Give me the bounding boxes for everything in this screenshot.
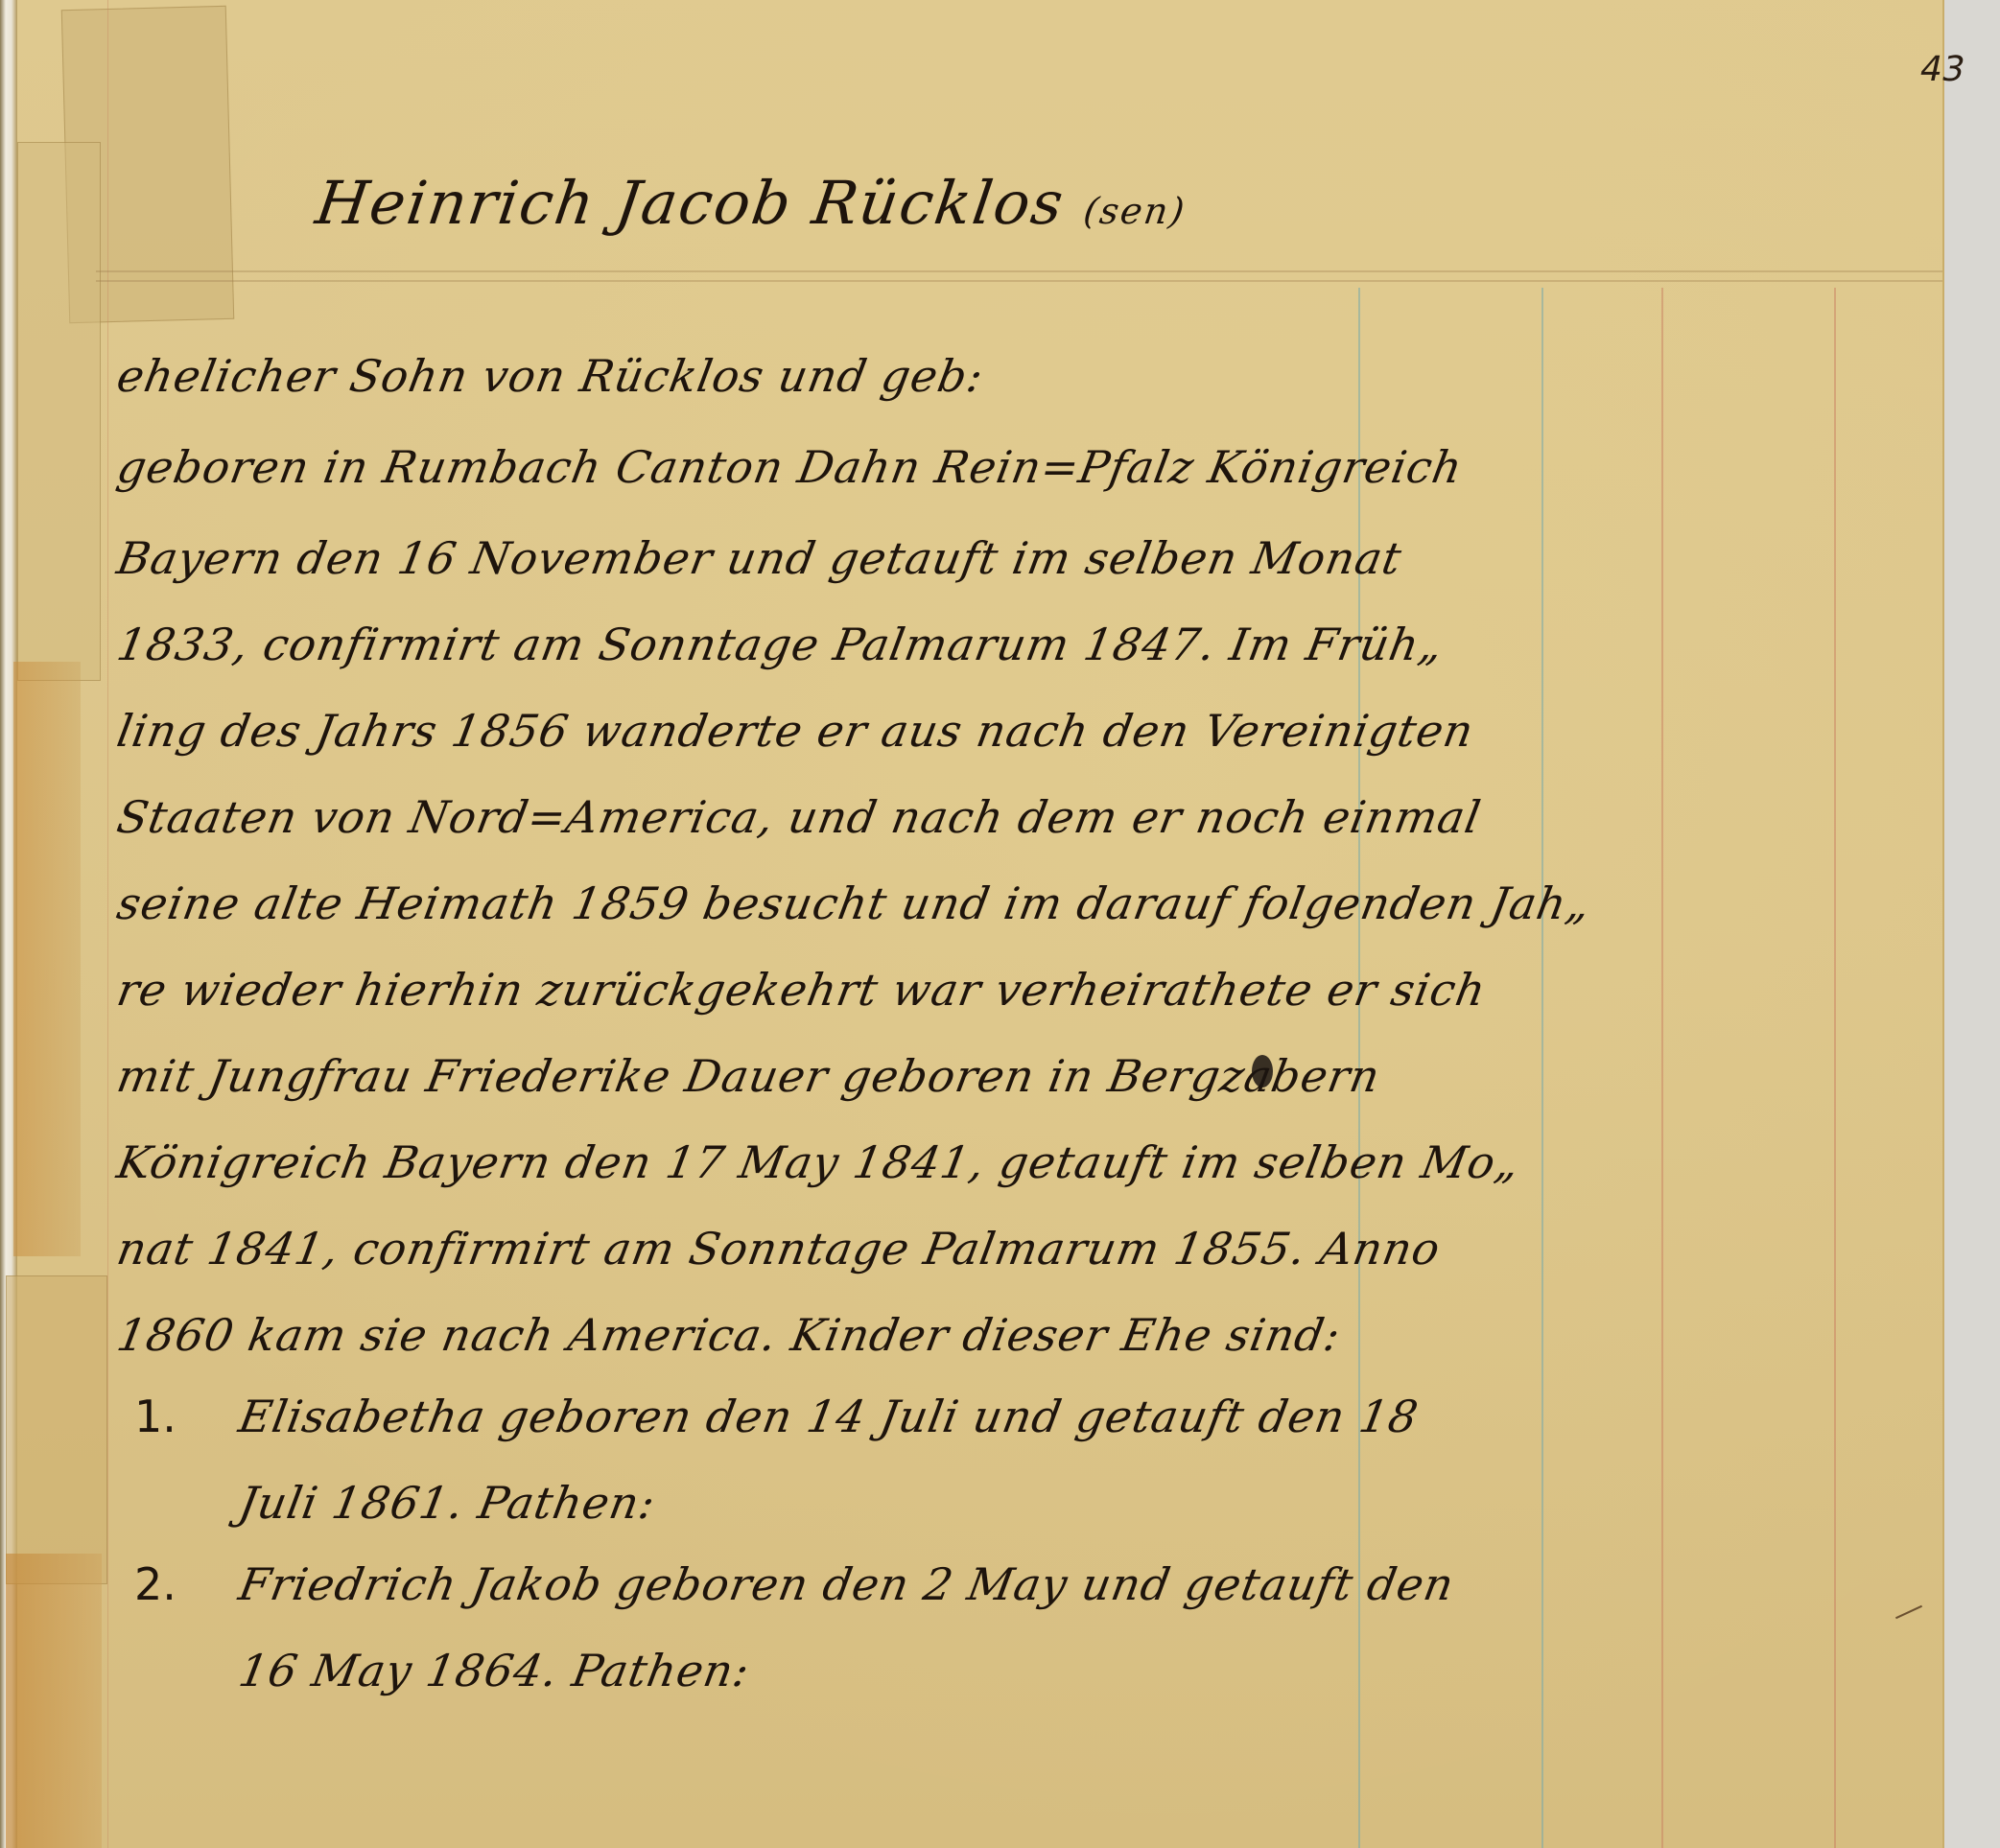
person-name: Heinrich Jacob Rücklos — [312, 168, 1070, 238]
page-number: 43 — [1917, 50, 1969, 89]
header-rule — [96, 280, 1942, 282]
margin-rule — [107, 0, 108, 1848]
body-line: 1833, confirmirt am Sonntage Palmarum 18… — [113, 619, 1447, 670]
tape-stain — [6, 1554, 102, 1848]
record-title: Heinrich Jacob Rücklos (sen) — [312, 168, 1192, 238]
body-line: 1860 kam sie nach America. Kinder dieser… — [113, 1309, 1345, 1361]
stray-pen-mark — [1895, 1605, 1922, 1619]
header-rule — [96, 270, 1942, 272]
body-line: seine alte Heimath 1859 besucht und im d… — [113, 877, 1595, 929]
body-line: Königreich Bayern den 17 May 1841, getau… — [113, 1136, 1524, 1188]
child-number: 2. — [134, 1558, 176, 1610]
name-suffix: (sen) — [1081, 190, 1188, 232]
body-line: Staaten von Nord=America, und nach dem e… — [113, 791, 1485, 843]
body-line: ling des Jahrs 1856 wanderte er aus nach… — [113, 705, 1478, 757]
child-number: 1. — [134, 1391, 176, 1442]
document-page: 43 Heinrich Jacob Rücklos (sen) eheliche… — [0, 0, 1944, 1848]
body-line: re wieder hierhin zurückgekehrt war verh… — [113, 964, 1490, 1016]
child-entry-line: 16 May 1864. Pathen: — [235, 1645, 754, 1696]
body-line: mit Jungfrau Friederike Dauer geboren in… — [113, 1050, 1384, 1102]
child-entry-line: Elisabetha geboren den 14 Juli und getau… — [235, 1391, 1423, 1442]
ruled-column-line — [1661, 288, 1663, 1848]
ruled-column-line — [1541, 288, 1543, 1848]
child-entry-line: Friedrich Jakob geboren den 2 May und ge… — [235, 1558, 1458, 1610]
ink-blot — [1252, 1055, 1273, 1088]
body-line: ehelicher Sohn von Rücklos und geb: — [113, 350, 988, 402]
body-line: nat 1841, confirmirt am Sonntage Palmaru… — [113, 1223, 1445, 1275]
body-line: geboren in Rumbach Canton Dahn Rein=Pfal… — [113, 441, 1467, 493]
body-line: Bayern den 16 November und getauft im se… — [113, 532, 1406, 584]
tape-piece — [6, 1275, 107, 1584]
tape-stain — [13, 662, 81, 1256]
ruled-column-line — [1834, 288, 1836, 1848]
tape-piece — [17, 142, 101, 681]
child-entry-line: Juli 1861. Pathen: — [235, 1477, 660, 1529]
